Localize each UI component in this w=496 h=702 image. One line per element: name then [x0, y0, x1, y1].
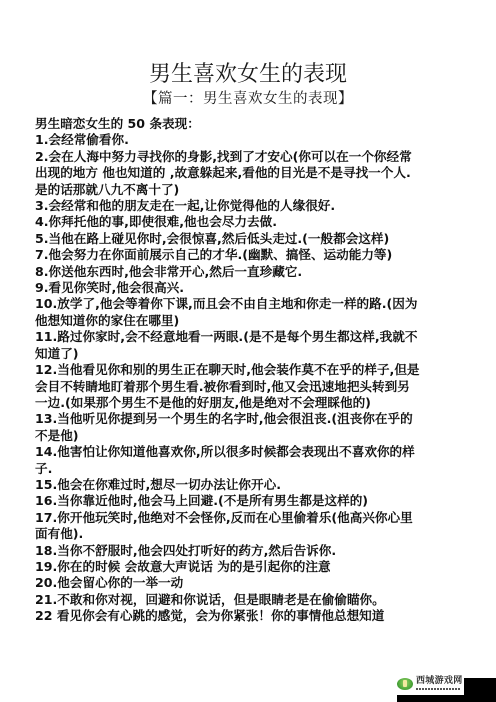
- text-line: 8.你送他东西时,他会非常开心,然后一直珍藏它.: [35, 264, 445, 280]
- text-line: 出现的地方 他也知道的 ,故意躲起来,看他的目光是不是寻找一个人.: [35, 165, 445, 181]
- text-line: 9.看见你笑时,他会很高兴.: [35, 280, 445, 296]
- document-body: 男生暗恋女生的 50 条表现： 1.会经常偷看你. 2.会在人海中努力寻找你的身…: [35, 116, 445, 625]
- text-line: 他想知道你的家住在哪里): [35, 313, 445, 329]
- text-line: 19.你在的时候 会故意大声说话 为的是引起你的注意: [35, 559, 445, 575]
- text-line: 知道了): [35, 346, 445, 362]
- text-line: 10.放学了,他会等着你下课,而且会不由自主地和你走一样的路.(因为: [35, 296, 445, 312]
- text-line: 一边.(如果那个男生不是他的好朋友,他是绝对不会理睬他的): [35, 395, 445, 411]
- green-circle-logo-icon: [397, 678, 413, 690]
- document-page: 男生喜欢女生的表现 【篇一：男生喜欢女生的表现】 男生暗恋女生的 50 条表现：…: [0, 0, 496, 702]
- text-line: 5.当他在路上碰见你时,会很惊喜,然后低头走过.(一般都会这样): [35, 231, 445, 247]
- text-line: 15.他会在你难过时,想尽一切办法让你开心.: [35, 477, 445, 493]
- text-line: 面有他).: [35, 526, 445, 542]
- text-line: 7.他会努力在你面前展示自己的才华.(幽默、搞怪、运动能力等): [35, 247, 445, 263]
- text-line: 20.他会留心你的一举一动: [35, 575, 445, 591]
- watermark-url-line: [416, 688, 460, 690]
- section-heading: 男生暗恋女生的 50 条表现：: [35, 116, 445, 132]
- text-line: 12.当他看见你和别的男生正在聊天时,他会装作莫不在乎的样子,但是: [35, 362, 445, 378]
- text-line: 17.你开他玩笑时,他绝对不会怪你,反而在心里偷着乐(他高兴你心里: [35, 510, 445, 526]
- text-line: 子.: [35, 461, 445, 477]
- watermark-name: 西城游戏网: [416, 677, 463, 686]
- document-title: 男生喜欢女生的表现: [0, 60, 496, 90]
- text-line: 4.你拜托他的事,即使很难,他也会尽力去做.: [35, 214, 445, 230]
- text-line: 16.当你靠近他时,他会马上回避.(不是所有男生都是这样的): [35, 493, 445, 509]
- text-line: 2.会在人海中努力寻找你的身影,找到了才安心(你可以在一个你经常: [35, 149, 445, 165]
- text-line: 3.会经常和他的朋友走在一起,让你觉得他的人缘很好.: [35, 198, 445, 214]
- site-watermark: 西城游戏网: [394, 672, 464, 695]
- text-line: 是的话那就八九不离十了): [35, 182, 445, 198]
- text-line: 不是他): [35, 428, 445, 444]
- text-line: 1.会经常偷看你.: [35, 132, 445, 148]
- text-line: 21.不敢和你对视，回避和你说话，但是眼睛老是在偷偷瞄你。: [35, 592, 445, 608]
- text-line: 13.当他听见你提到另一个男生的名字时,他会很沮丧.(沮丧你在乎的: [35, 411, 445, 427]
- text-line: 会目不转睛地盯着那个男生看.被你看到时,他又会迅速地把头转到另: [35, 379, 445, 395]
- text-line: 18.当你不舒服时,他会四处打听好的药方,然后告诉你.: [35, 543, 445, 559]
- watermark-text: 西城游戏网: [416, 677, 463, 690]
- text-line: 22 看见你会有心跳的感觉，会为你紧张！你的事情他总想知道: [35, 608, 445, 624]
- text-line: 11.路过你家时,会不经意地看一两眼.(是不是每个男生都这样,我就不: [35, 329, 445, 345]
- text-line: 14.他害怕让你知道他喜欢你,所以很多时候都会表现出不喜欢你的样: [35, 444, 445, 460]
- document-subtitle: 【篇一：男生喜欢女生的表现】: [0, 90, 496, 108]
